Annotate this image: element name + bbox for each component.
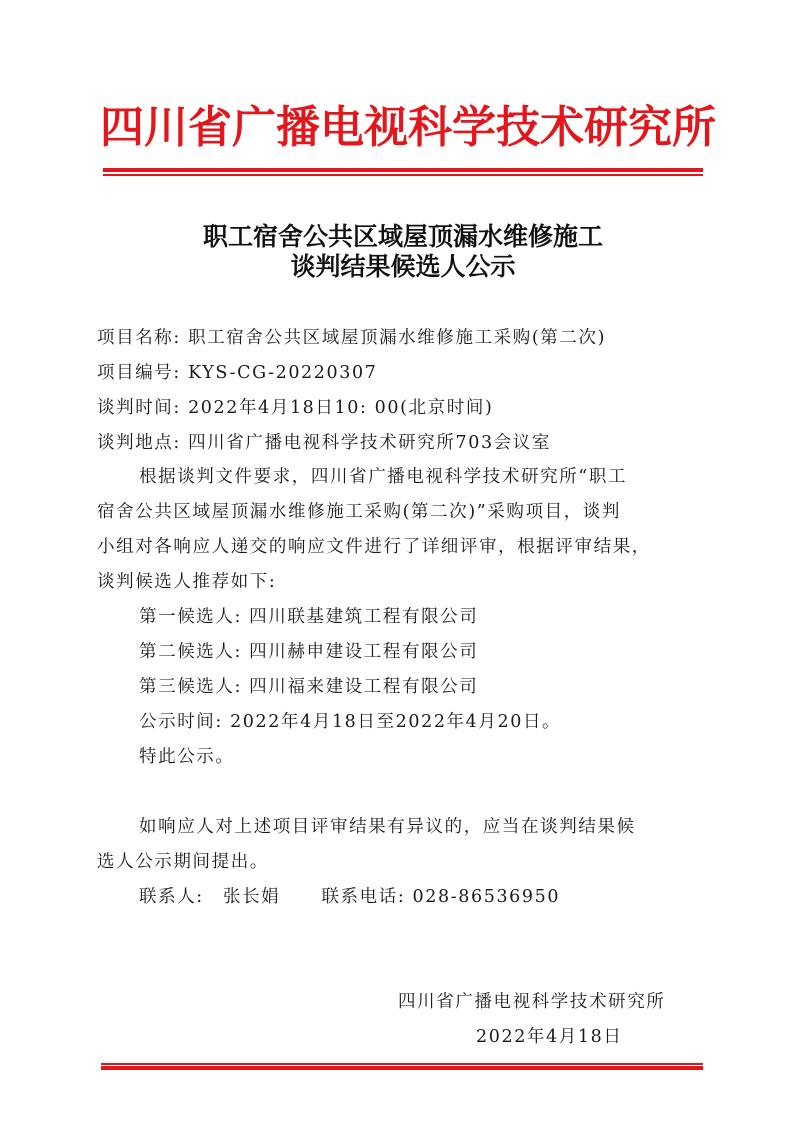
contact-row: 联系人: 张长娟 联系电话: 028-86536950	[139, 886, 560, 908]
letterhead-org-name: 四川省广播电视科学技术研究所	[100, 100, 706, 156]
project-name-label: 项目名称:	[97, 328, 181, 348]
letterhead-rule-thick	[103, 168, 703, 172]
project-number-label: 项目编号:	[97, 363, 181, 383]
document-title-line1: 职工宿舍公共区域屋顶漏水维修施工	[100, 222, 706, 252]
project-number-row: 项目编号: KYS-CG-20220307	[97, 362, 377, 384]
document-title-line2: 谈判结果候选人公示	[100, 252, 706, 282]
candidate-row: 第三候选人: 四川福来建设工程有限公司	[139, 676, 478, 698]
paragraph-line: 宿舍公共区域屋顶漏水维修施工采购(第二次)”采购项目，谈判	[97, 501, 621, 523]
phone-label: 联系电话:	[321, 887, 405, 907]
negotiation-place-label: 谈判地点:	[97, 433, 181, 453]
negotiation-place-row: 谈判地点: 四川省广播电视科学技术研究所703会议室	[97, 432, 551, 454]
contact-label: 联系人:	[139, 887, 204, 907]
candidate-name: 四川赫申建设工程有限公司	[249, 642, 478, 662]
project-number-value: KYS-CG-20220307	[188, 363, 377, 383]
footer-rule-thick	[101, 1066, 703, 1070]
footer-rule-thin	[101, 1063, 703, 1065]
paragraph-line: 小组对各响应人递交的响应文件进行了详细评审，根据评审结果，	[97, 536, 651, 558]
letterhead-rule-thin	[103, 174, 703, 176]
negotiation-time-value: 2022年4月18日10: 00(北京时间)	[188, 398, 493, 418]
candidate-name: 四川联基建筑工程有限公司	[249, 607, 478, 627]
closing-statement: 特此公示。	[139, 746, 235, 768]
project-name-row: 项目名称: 职工宿舍公共区域屋顶漏水维修施工采购(第二次)	[97, 327, 606, 349]
candidate-rank-label: 第三候选人:	[139, 677, 242, 697]
objection-line: 选人公示期间提出。	[97, 851, 269, 873]
signature-date: 2022年4月18日	[476, 1026, 622, 1048]
publicity-period-row: 公示时间: 2022年4月18日至2022年4月20日。	[139, 711, 561, 733]
project-name-value: 职工宿舍公共区域屋顶漏水维修施工采购(第二次)	[188, 328, 606, 348]
candidate-row: 第二候选人: 四川赫申建设工程有限公司	[139, 641, 478, 663]
publicity-period-label: 公示时间:	[139, 712, 223, 732]
contact-name: 张长娟	[223, 887, 280, 907]
candidate-name: 四川福来建设工程有限公司	[249, 677, 478, 697]
publicity-period-value: 2022年4月18日至2022年4月20日。	[230, 712, 561, 732]
paragraph-line: 谈判候选人推荐如下:	[97, 571, 276, 593]
phone-value: 028-86536950	[413, 887, 561, 907]
candidate-rank-label: 第一候选人:	[139, 607, 242, 627]
paragraph-line: 根据谈判文件要求，四川省广播电视科学技术研究所“职工	[139, 466, 627, 488]
negotiation-place-value: 四川省广播电视科学技术研究所703会议室	[188, 433, 551, 453]
negotiation-time-label: 谈判时间:	[97, 398, 181, 418]
candidate-row: 第一候选人: 四川联基建筑工程有限公司	[139, 606, 478, 628]
negotiation-time-row: 谈判时间: 2022年4月18日10: 00(北京时间)	[97, 397, 493, 419]
signature-org-name: 四川省广播电视科学技术研究所	[398, 991, 665, 1013]
candidate-rank-label: 第二候选人:	[139, 642, 242, 662]
objection-line: 如响应人对上述项目评审结果有异议的，应当在谈判结果候	[139, 816, 636, 838]
